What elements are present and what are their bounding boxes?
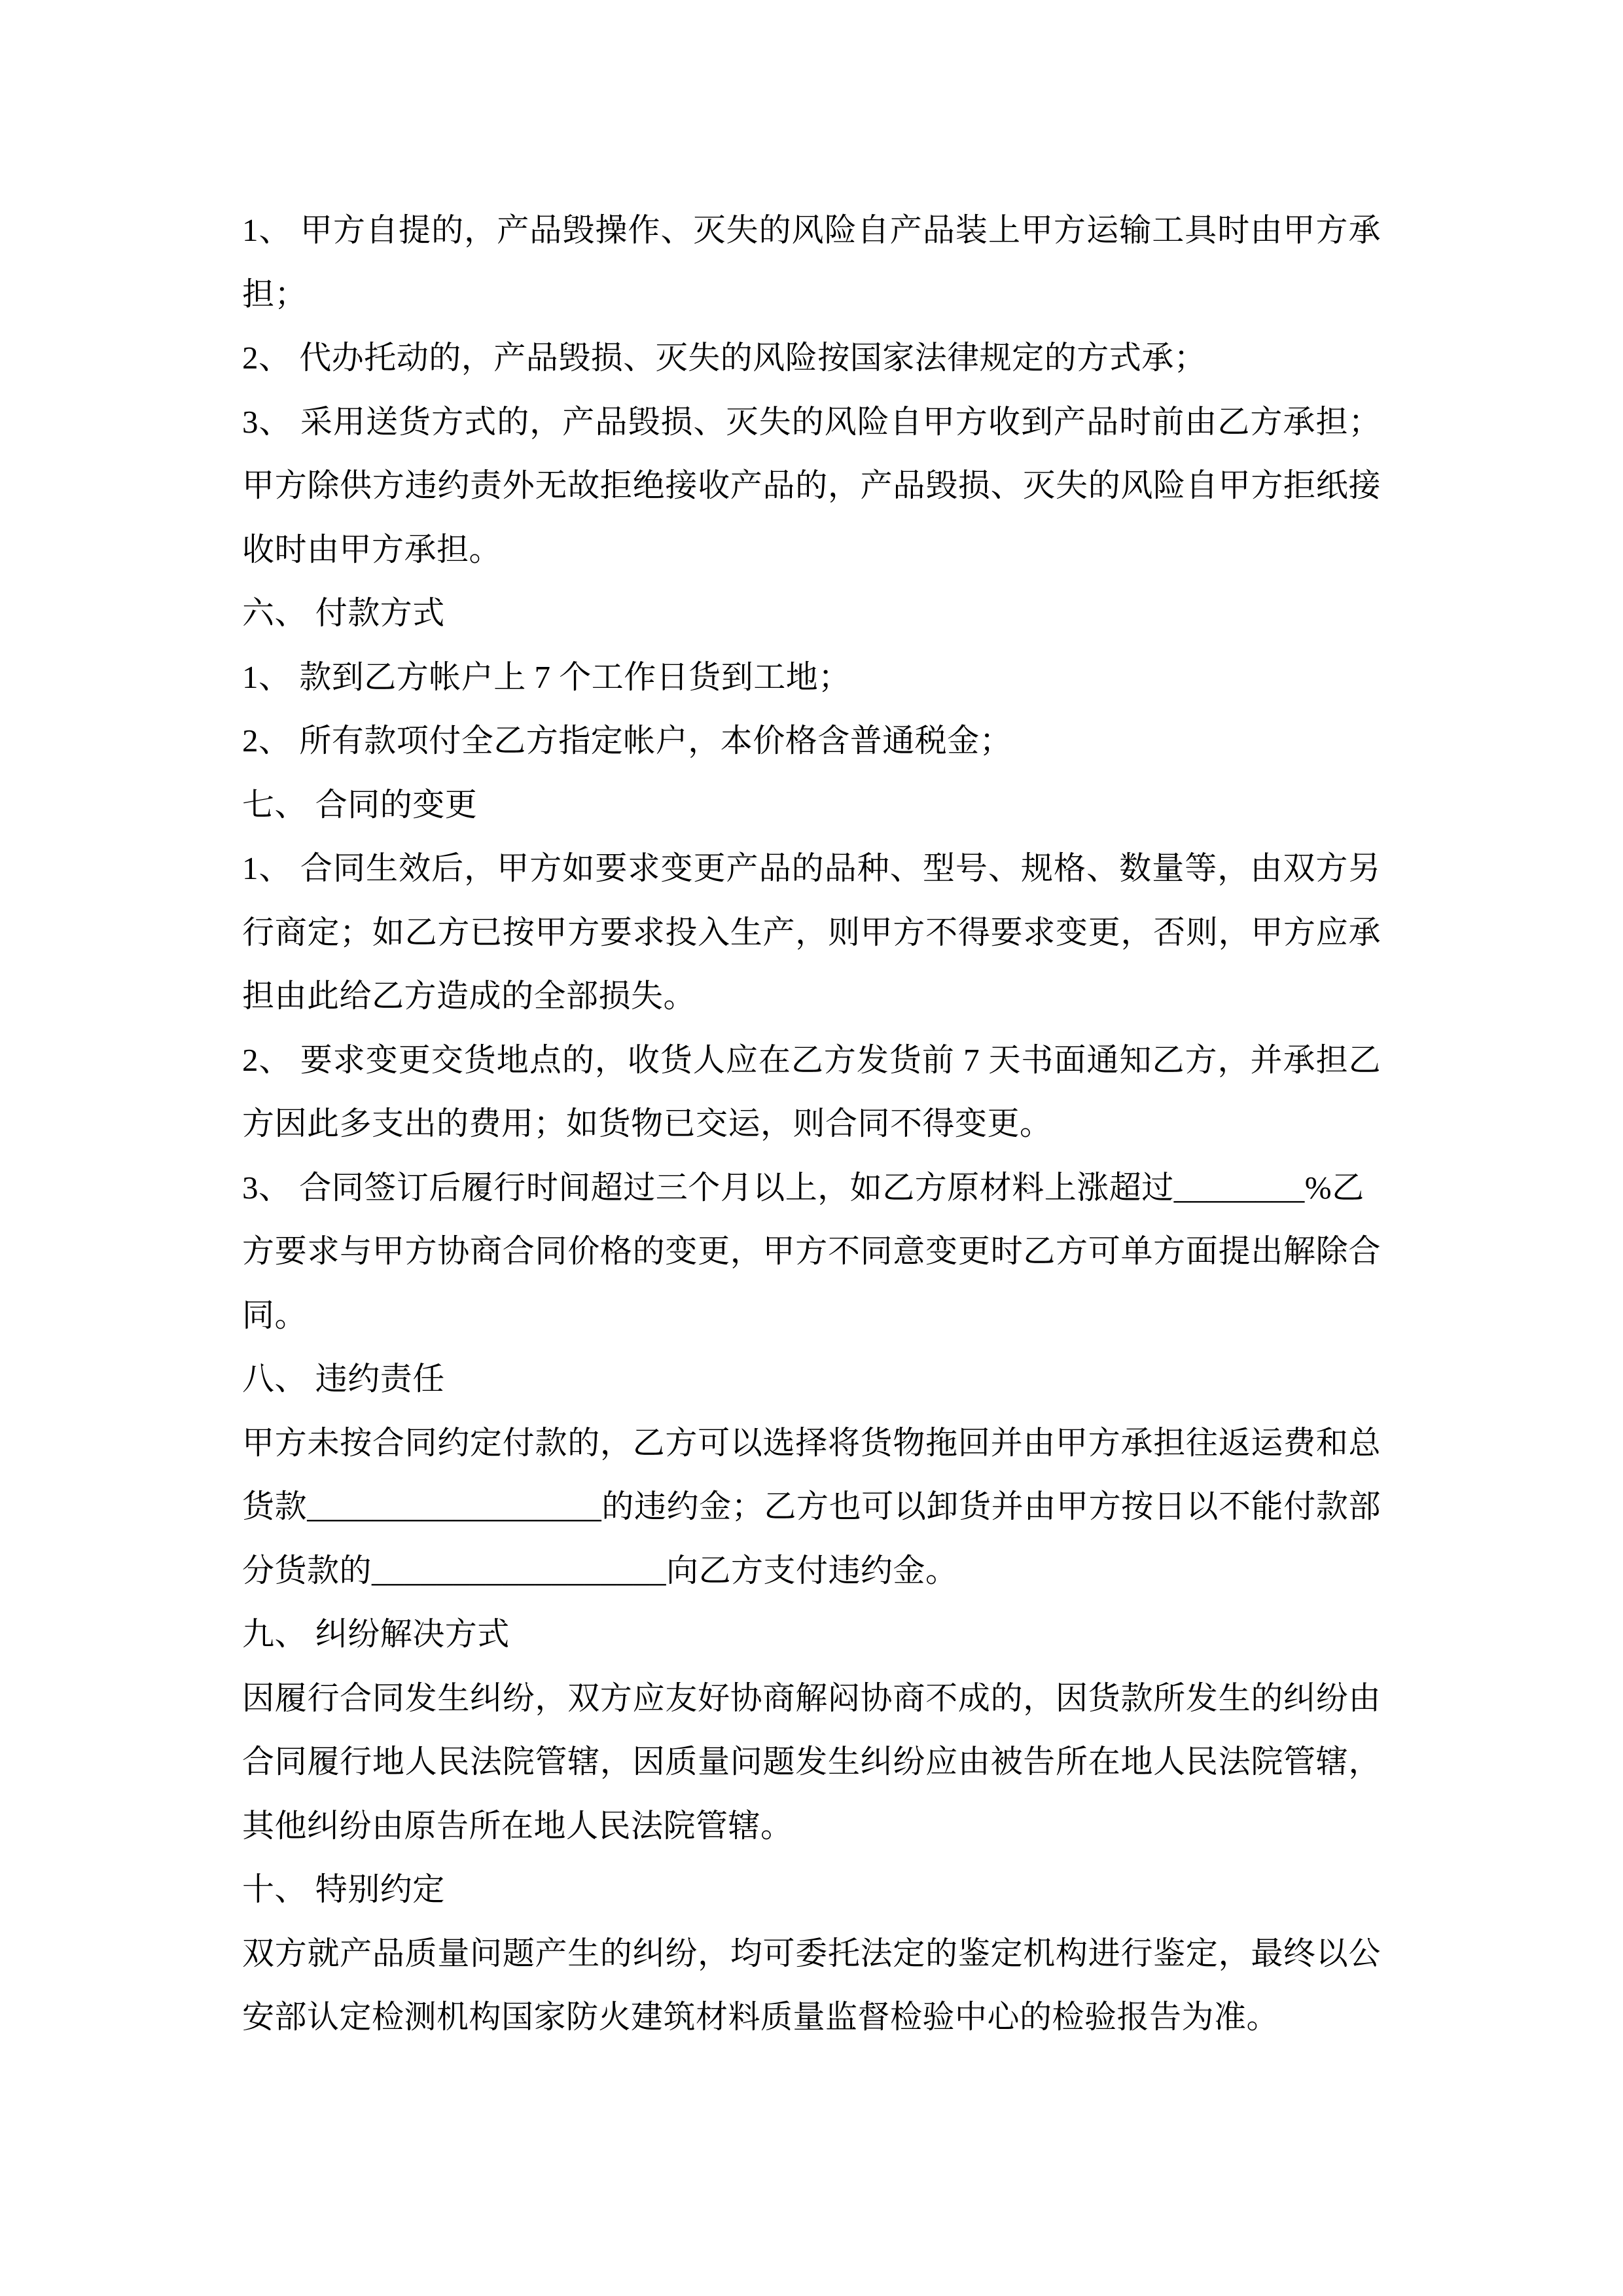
contract-line: 因履行合同发生纠纷，双方应友好协商解闷协商不成的，因货款所发生的纠纷由 xyxy=(242,1666,1381,1731)
contract-line: 1、 甲方自提的，产品毁操作、灭失的风险自产品装上甲方运输工具时由甲方承 xyxy=(242,198,1381,262)
contract-text-block: 1、 甲方自提的，产品毁操作、灭失的风险自产品装上甲方运输工具时由甲方承 担； … xyxy=(242,198,1381,2049)
contract-line: 2、 要求变更交货地点的，收货人应在乙方发货前 7 天书面通知乙方，并承担乙 xyxy=(242,1028,1381,1092)
contract-line: 收时由甲方承担。 xyxy=(242,518,1381,582)
contract-section-heading: 七、 合同的变更 xyxy=(242,773,1381,837)
contract-section-heading: 九、 纠纷解决方式 xyxy=(242,1602,1381,1666)
contract-section-heading: 六、 付款方式 xyxy=(242,581,1381,645)
contract-line: 行商定；如乙方已按甲方要求投入生产，则甲方不得要求变更，否则，甲方应承 xyxy=(242,901,1381,965)
contract-line-with-blank: 货款__________________的违约金；乙方也可以卸货并由甲方按日以不… xyxy=(242,1475,1381,1539)
contract-line: 安部认定检测机构国家防火建筑材料质量监督检验中心的检验报告为准。 xyxy=(242,1985,1381,2049)
contract-line-with-blank: 3、 合同签订后履行时间超过三个月以上，如乙方原材料上涨超过________%乙 xyxy=(242,1156,1381,1220)
contract-line: 担； xyxy=(242,262,1381,327)
contract-line: 担由此给乙方造成的全部损失。 xyxy=(242,964,1381,1028)
contract-line-with-blank: 分货款的__________________向乙方支付违约金。 xyxy=(242,1539,1381,1603)
contract-line: 双方就产品质量问题产生的纠纷，均可委托法定的鉴定机构进行鉴定，最终以公 xyxy=(242,1922,1381,1986)
contract-line: 同。 xyxy=(242,1283,1381,1348)
contract-line: 1、 款到乙方帐户上 7 个工作日货到工地； xyxy=(242,645,1381,709)
contract-line: 1、 合同生效后，甲方如要求变更产品的品种、型号、规格、数量等，由双方另 xyxy=(242,836,1381,901)
contract-line: 合同履行地人民法院管辖，因质量问题发生纠纷应由被告所在地人民法院管辖， xyxy=(242,1730,1381,1794)
contract-section-heading: 十、 特别约定 xyxy=(242,1857,1381,1922)
document-page: 1、 甲方自提的，产品毁操作、灭失的风险自产品装上甲方运输工具时由甲方承 担； … xyxy=(0,0,1623,2296)
contract-line: 方因此多支出的费用；如货物已交运，则合同不得变更。 xyxy=(242,1092,1381,1156)
contract-section-heading: 八、 违约责任 xyxy=(242,1347,1381,1411)
contract-line: 2、 代办托动的，产品毁损、灭失的风险按国家法律规定的方式承； xyxy=(242,326,1381,390)
contract-line: 甲方除供方违约责外无故拒绝接收产品的，产品毁损、灭失的风险自甲方拒纸接 xyxy=(242,454,1381,518)
contract-line: 3、 采用送货方式的，产品毁损、灭失的风险自甲方收到产品时前由乙方承担； xyxy=(242,390,1381,454)
contract-line: 方要求与甲方协商合同价格的变更，甲方不同意变更时乙方可单方面提出解除合 xyxy=(242,1219,1381,1283)
contract-line: 2、 所有款项付全乙方指定帐户，本价格含普通税金； xyxy=(242,709,1381,773)
contract-line: 其他纠纷由原告所在地人民法院管辖。 xyxy=(242,1794,1381,1858)
contract-line: 甲方未按合同约定付款的，乙方可以选择将货物拖回并由甲方承担往返运费和总 xyxy=(242,1411,1381,1475)
